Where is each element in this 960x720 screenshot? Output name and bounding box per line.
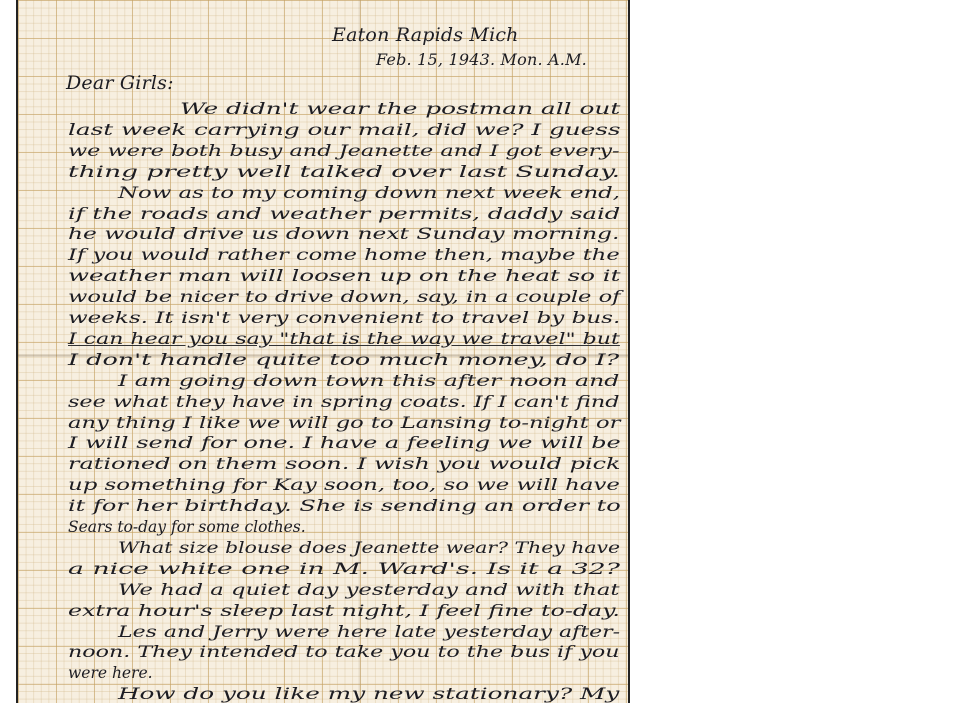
letter-line: were here. <box>68 664 153 682</box>
letter-line: rationed on them soon. I wish you would … <box>68 455 621 473</box>
letter-line: Now as to my coming down next week end, <box>118 184 620 202</box>
letter-line: last week carrying our mail, did we? I g… <box>68 121 621 139</box>
letter-line: If you would rather come home then, mayb… <box>68 246 620 264</box>
letter-line: if the roads and weather permits, daddy … <box>68 205 620 223</box>
letter-line: How do you like my new stationary? My <box>118 685 619 703</box>
letter-place: Eaton Rapids Mich <box>332 24 519 46</box>
letter-line: see what they have in spring coats. If I… <box>68 393 620 411</box>
letter-line: we were both busy and Jeanette and I got… <box>68 142 620 160</box>
letter-line: thing pretty well talked over last Sunda… <box>68 163 620 181</box>
letter-line: Sears to-day for some clothes. <box>68 518 306 536</box>
letter-line: weather man will loosen up on the heat s… <box>68 267 620 285</box>
letter-line: weeks. It isn't very convenient to trave… <box>68 309 620 327</box>
letter-page: Eaton Rapids Mich Feb. 15, 1943. Mon. A.… <box>16 0 630 703</box>
letter-line: it for her birthday. She is sending an o… <box>68 497 621 515</box>
letter-line: extra hour's sleep last night, I feel fi… <box>68 602 620 620</box>
letter-line: I don't handle quite too much money, do … <box>68 351 619 369</box>
letter-line: a nice white one in M. Ward's. Is it a 3… <box>68 560 620 578</box>
letter-line: Les and Jerry were here late yesterday a… <box>118 623 620 641</box>
letter-line: any thing I like we will go to Lansing t… <box>68 414 620 432</box>
letter-line: he would drive us down next Sunday morni… <box>68 225 619 243</box>
letter-line: We didn't wear the postman all out <box>180 100 620 118</box>
letter-line: I am going down town this after noon and <box>118 372 619 390</box>
letter-line: noon. They intended to take you to the b… <box>68 643 620 661</box>
letter-line: What size blouse does Jeanette wear? The… <box>118 539 620 557</box>
letter-date: Feb. 15, 1943. Mon. A.M. <box>376 50 587 69</box>
letter-line: I will send for one. I have a feeling we… <box>68 434 621 452</box>
letter-salutation: Dear Girls: <box>66 72 174 94</box>
letter-line: would be nicer to drive down, say, in a … <box>68 288 621 306</box>
letter-line: up something for Kay soon, too, so we wi… <box>68 476 620 494</box>
letter-line: I can hear you say "that is the way we t… <box>68 330 620 348</box>
letter-line: We had a quiet day yesterday and with th… <box>118 581 620 599</box>
